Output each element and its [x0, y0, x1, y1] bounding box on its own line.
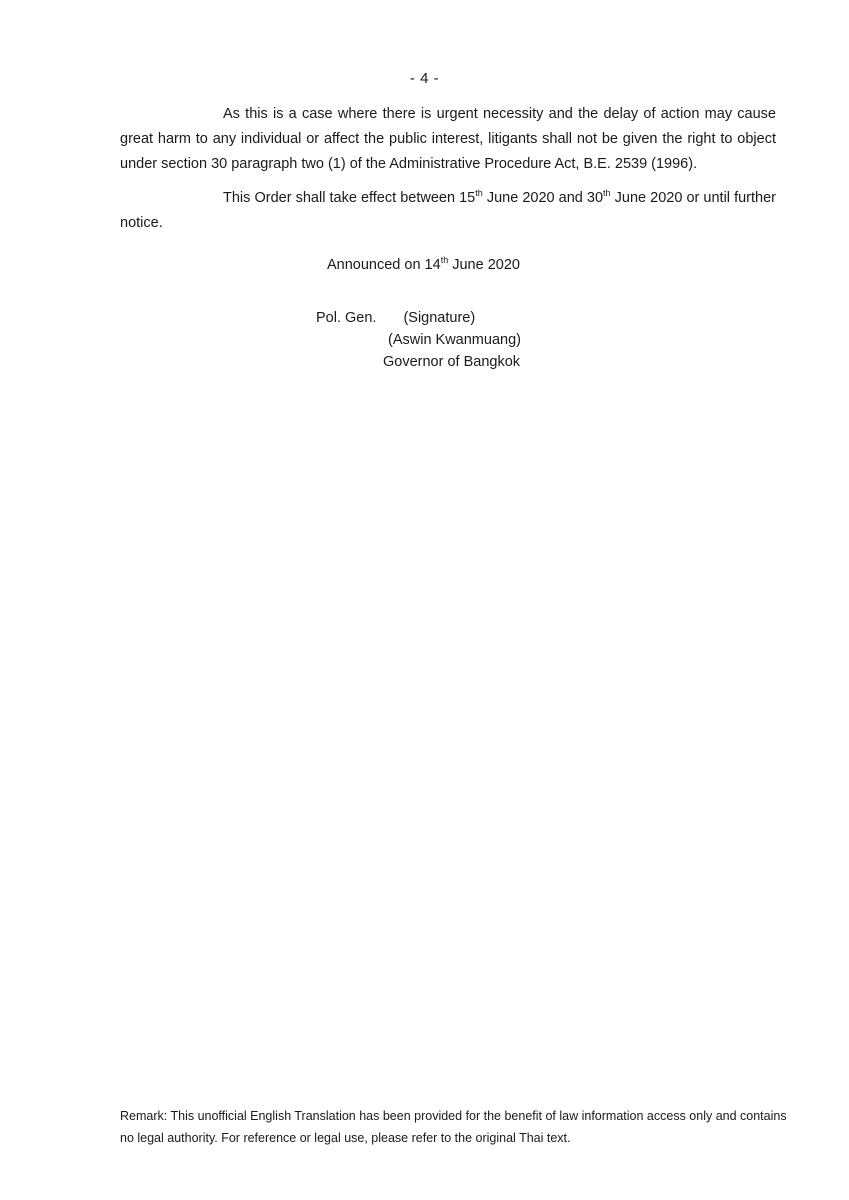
- page-number: - 4 -: [0, 70, 849, 87]
- signatory-rank: Pol. Gen.: [316, 310, 376, 326]
- paragraph-urgent-necessity: As this is a case where there is urgent …: [120, 102, 776, 177]
- announcement-text: Announced on 14: [327, 257, 441, 273]
- paragraph-text: This Order shall take effect between 15: [223, 190, 475, 206]
- paragraph-effective-date: This Order shall take effect between 15t…: [120, 186, 776, 236]
- announcement-text: June 2020: [448, 257, 520, 273]
- ordinal-suffix: th: [603, 188, 611, 198]
- announcement-date: Announced on 14th June 2020: [327, 257, 520, 273]
- translation-remark: Remark: This unofficial English Translat…: [120, 1105, 790, 1149]
- ordinal-suffix: th: [475, 188, 483, 198]
- signatory-name: (Aswin Kwanmuang): [388, 332, 521, 348]
- signature-line: Pol. Gen.(Signature): [316, 310, 475, 326]
- signature-label: (Signature): [403, 310, 475, 326]
- paragraph-text: As this is a case where there is urgent …: [120, 106, 776, 172]
- paragraph-text: June 2020 and 30: [483, 190, 603, 206]
- signatory-title: Governor of Bangkok: [383, 354, 520, 370]
- document-page: - 4 - As this is a case where there is u…: [0, 0, 849, 1200]
